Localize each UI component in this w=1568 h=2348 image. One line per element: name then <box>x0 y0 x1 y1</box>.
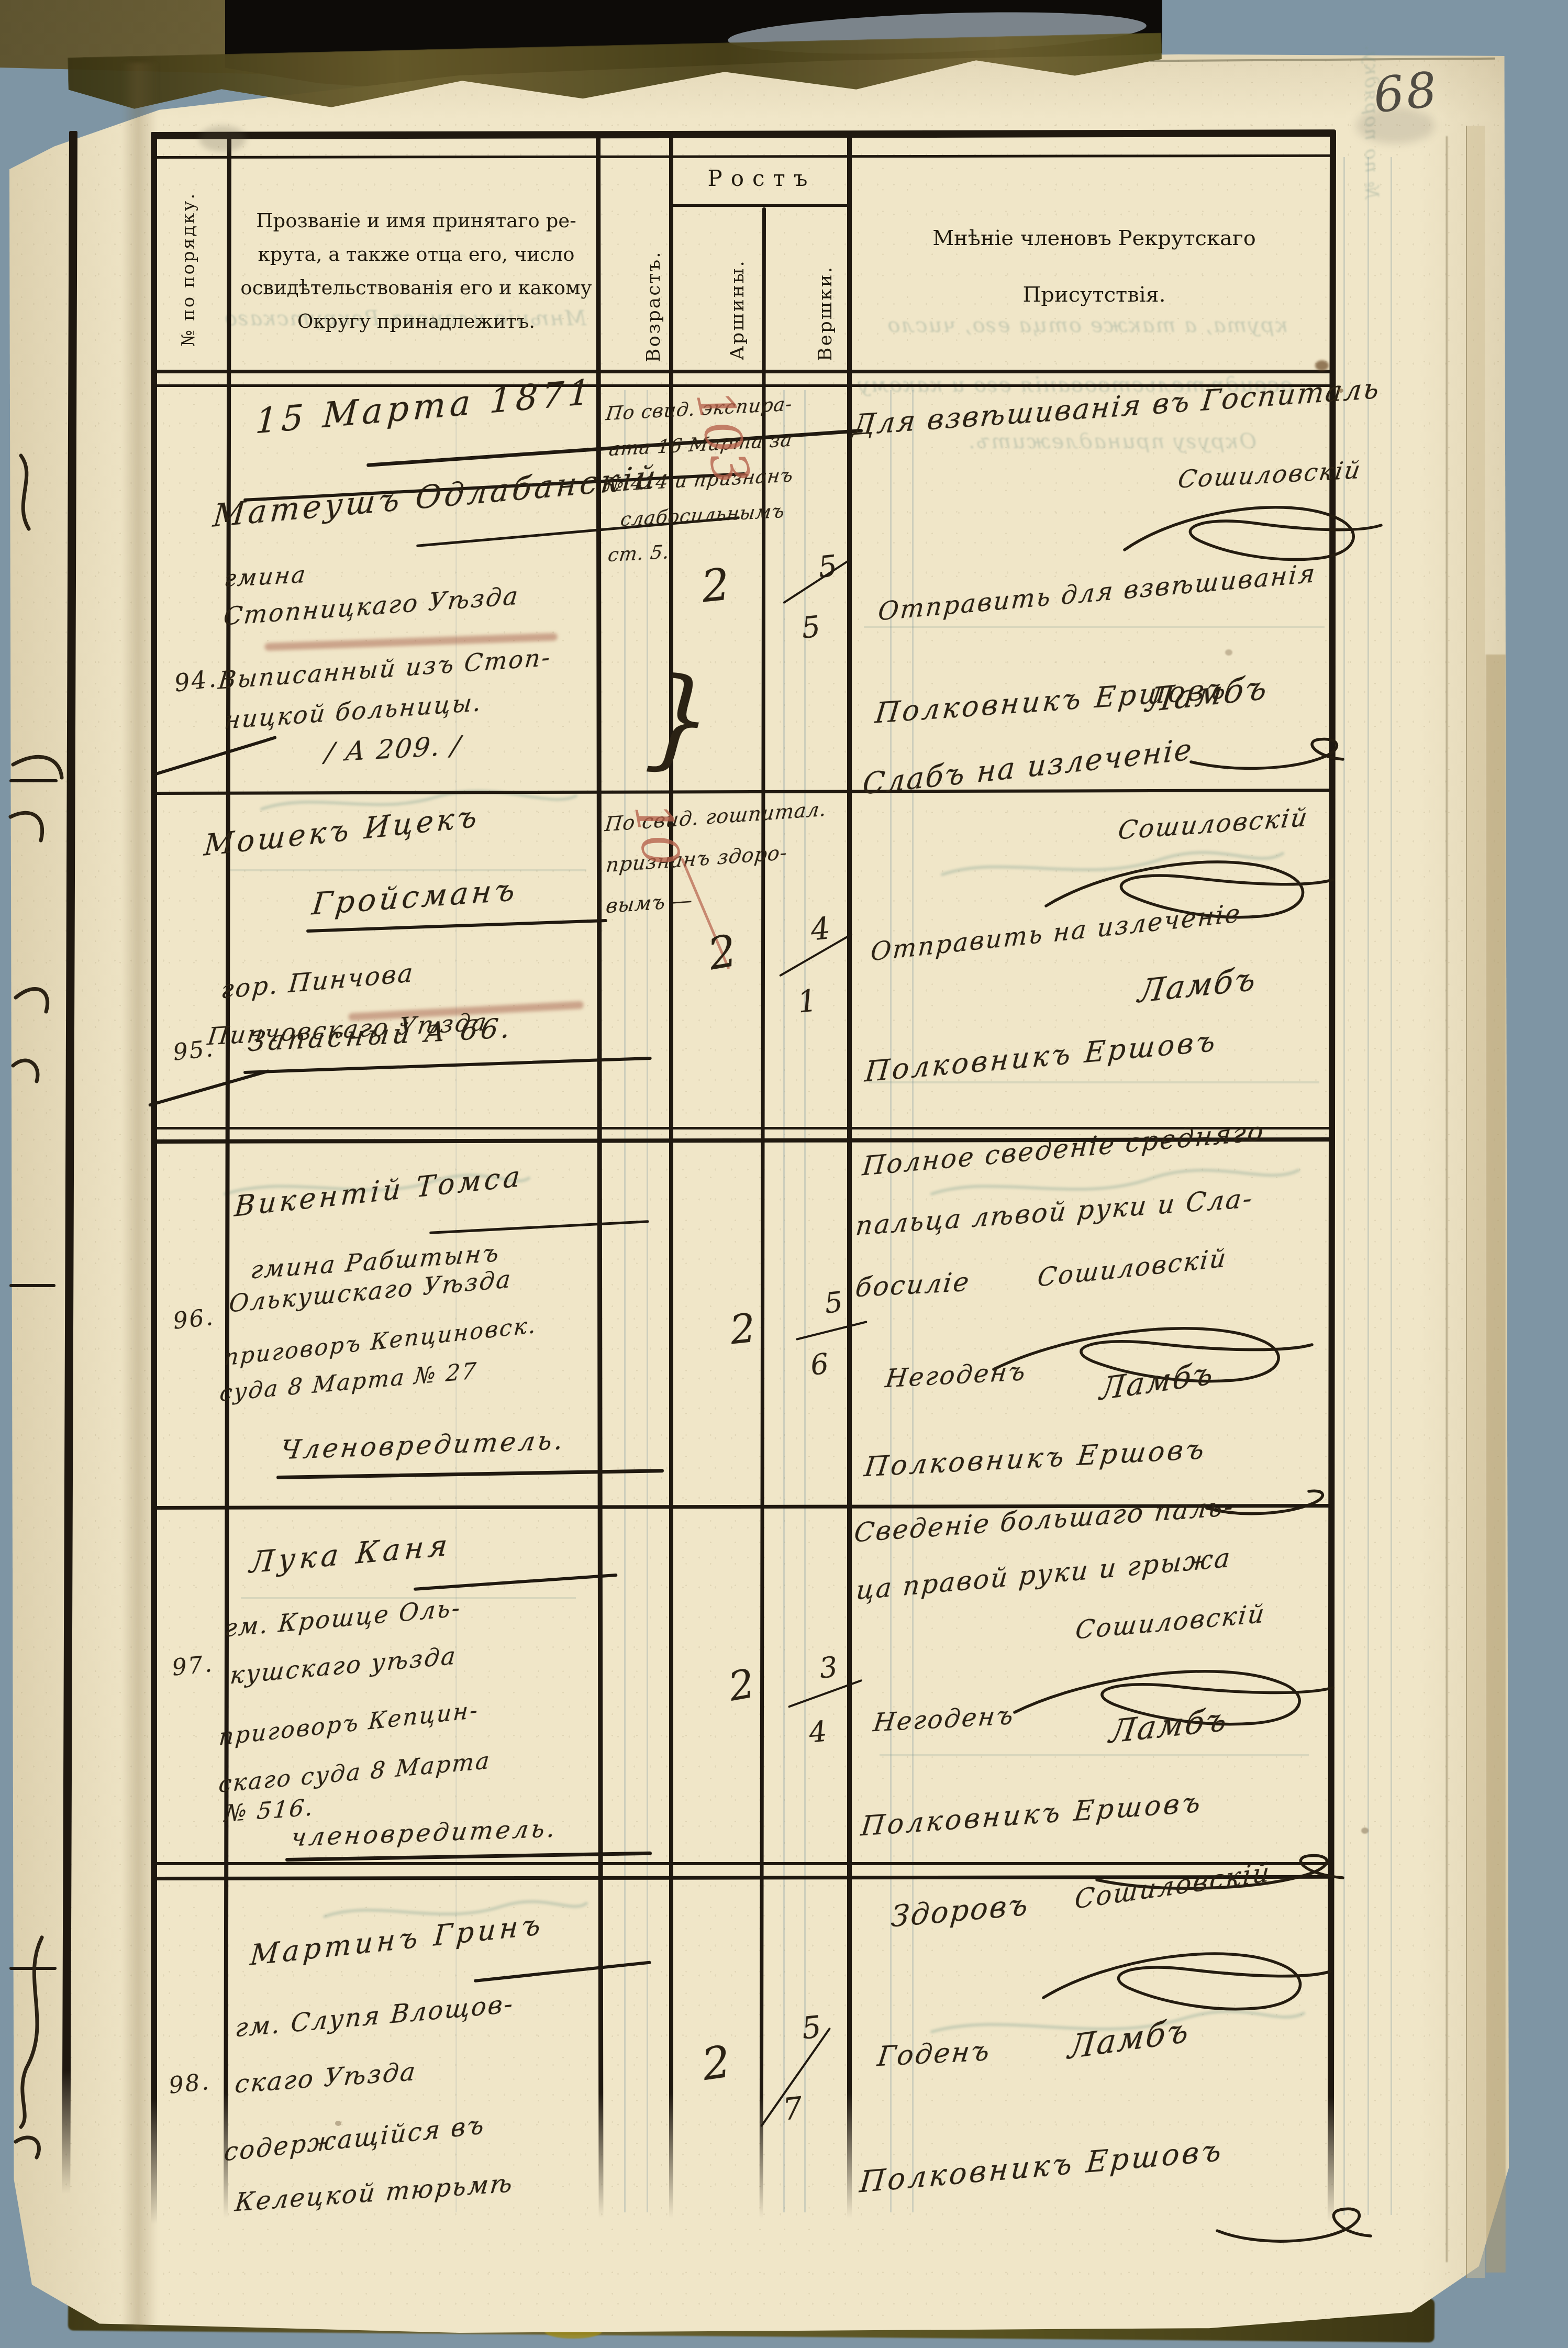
vershok-numerator: 3 <box>818 1650 841 1685</box>
col-line-vershok <box>847 132 852 2218</box>
ink-stain <box>1361 1828 1369 1834</box>
column-header-order: № по порядку. <box>178 192 199 347</box>
column-header-name-line: крута, а также отца его, число <box>237 243 596 265</box>
column-header-name-line: освидѣтельствованія его и какому <box>237 276 596 299</box>
prev-page-line-fragment <box>9 779 58 782</box>
bleed-line-horizontal <box>880 1754 1309 1756</box>
column-header-opinion-line: Мнѣніе членовъ Рекрутскаго <box>869 226 1319 250</box>
bleed-line <box>783 390 785 2212</box>
right-margin-crease <box>1446 136 1448 2262</box>
header-bottom-rule-inner <box>153 384 1334 387</box>
bleedthrough-text: Округу принадлежитъ. <box>968 429 1256 453</box>
bleedthrough-writing <box>0 0 5 5</box>
height-group-underline <box>672 204 848 207</box>
ink-stain <box>1225 649 1232 656</box>
signature-flourish <box>1188 733 1345 780</box>
column-header-arshin: Аршины. <box>727 259 748 360</box>
bleed-line <box>624 390 626 2212</box>
bleed-line <box>647 390 648 2212</box>
arshin-value: 2 <box>699 558 733 612</box>
column-header-name-line: Округу принадлежитъ. <box>237 310 596 333</box>
vershok-denominator: 1 <box>796 982 820 1020</box>
column-header-height-group: Ростъ <box>675 165 848 191</box>
row-number: 95. <box>172 1035 216 1066</box>
ink-brace: } <box>642 652 718 785</box>
vershok-denominator: 5 <box>800 610 824 646</box>
bleedthrough-text: крута, а также отца его, число <box>887 313 1288 337</box>
bleed-line <box>1391 157 1392 2215</box>
vershok-denominator: 6 <box>809 1347 832 1382</box>
bleed-line <box>912 390 914 2212</box>
bleed-line-horizontal <box>864 626 1325 628</box>
recruit-name-line: гмина <box>223 561 308 593</box>
vershok-denominator: 7 <box>781 2090 806 2128</box>
folio-number: 68 <box>1371 61 1442 124</box>
signature-flourish <box>1215 2205 1372 2262</box>
verdict: Годенъ <box>876 2035 993 2073</box>
header-bottom-rule <box>152 370 1334 373</box>
age-note-line: ст. 5. <box>607 541 671 566</box>
paper-smudge <box>199 126 246 152</box>
row-number: 96. <box>172 1304 216 1335</box>
column-header-name-line: Прозваніе и имя принятаго ре- <box>237 209 596 232</box>
scanned-register-page: Мнѣніе членовъ Рекрутскаго крута, а такж… <box>0 0 1568 2348</box>
opinion-line: босиліе <box>854 1267 972 1303</box>
row-number: 94. <box>173 664 219 697</box>
bleed-line <box>804 390 806 2212</box>
prev-page-line-fragment <box>9 1284 55 1287</box>
column-header-vershok: Вершки. <box>815 265 836 361</box>
bleed-line-horizontal <box>230 869 586 871</box>
ink-stain <box>1315 360 1329 371</box>
right-page-stack-strip2 <box>1486 655 1506 2273</box>
column-header-opinion-line: Присутствія. <box>869 283 1319 307</box>
table-left-border <box>151 132 157 2224</box>
arshin-value: 2 <box>728 1304 759 1354</box>
row-number: 98. <box>168 2068 212 2099</box>
bleed-line <box>890 390 892 2212</box>
right-page-stack-strip <box>1466 126 1485 2278</box>
column-header-age: Возрастъ. <box>643 250 664 362</box>
vershok-numerator: 4 <box>809 910 833 948</box>
red-pencil-mark: 10 <box>623 799 691 871</box>
ink-stain <box>335 2121 341 2126</box>
vershok-denominator: 4 <box>807 1714 830 1749</box>
bleed-line <box>1367 157 1369 2215</box>
vershok-numerator: 5 <box>823 1285 846 1320</box>
row-number: 97. <box>171 1651 215 1681</box>
ink-stain <box>1338 389 1343 393</box>
